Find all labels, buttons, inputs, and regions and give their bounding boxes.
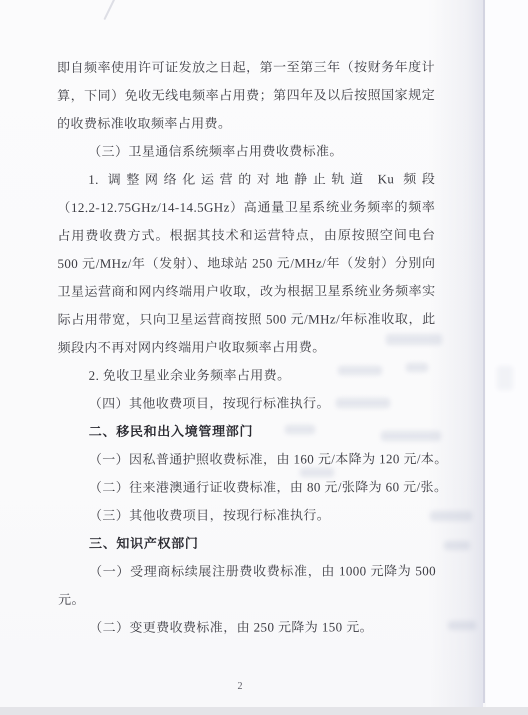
text-line: （二）变更费收费标准，由 250 元降为 150 元。: [58, 613, 436, 642]
scan-right-margin: [486, 0, 528, 707]
scan-scratch-mark: [103, 0, 116, 20]
text-line: 2. 免收卫星业余业务频率占用费。: [58, 361, 436, 390]
text-line: 1. 调整网络化运营的对地静止轨道 Ku 频段: [57, 165, 435, 194]
text-line: 际占用带宽，只向卫星运营商按照 500 元/MHz/年标准收取，此: [58, 305, 436, 334]
text-line: 卫星运营商和网内终端用户收取，改为根据卫星系统业务频率实: [57, 277, 435, 306]
text-line: 即自频率使用许可证发放之日起，第一至第三年（按财务年度计: [57, 53, 435, 82]
section-heading: 二、移民和出入境管理部门: [58, 417, 436, 446]
text-line: （三）卫星通信系统频率占用费收费标准。: [57, 137, 435, 166]
scan-bottom-edge: [0, 707, 528, 715]
text-line: （三）其他收费项目，按现行标准执行。: [58, 501, 436, 530]
ink-bleedthrough: [444, 541, 470, 550]
text-line: 频段内不再对网内终端用户收取频率占用费。: [58, 333, 436, 362]
text-line: 的收费标准收取频率占用费。: [57, 109, 435, 138]
document-body: 即自频率使用许可证发放之日起，第一至第三年（按财务年度计 算，下同）免收无线电频…: [57, 53, 436, 642]
text-line: （12.2-12.75GHz/14-14.5GHz）高通量卫星系统业务频率的频率: [57, 193, 435, 222]
page-fold-line: [483, 0, 485, 703]
ink-bleedthrough: [448, 621, 476, 630]
text-line: （一）受理商标续展注册费收费标准，由 1000 元降为 500: [58, 557, 436, 586]
text-line: （二）往来港澳通行证收费标准，由 80 元/张降为 60 元/张。: [58, 473, 436, 502]
page-number: 2: [0, 681, 480, 692]
text-line: 占用费收费方式。根据其技术和运营特点，由原按照空间电台: [57, 221, 435, 250]
ink-bleedthrough: [430, 511, 472, 521]
text-line: 元。: [58, 585, 436, 614]
ink-bleedthrough: [497, 366, 513, 390]
text-line: 500 元/MHz/年（发射）、地球站 250 元/MHz/年（发射）分别向: [57, 249, 435, 278]
text-line: （一）因私普通护照收费标准，由 160 元/本降为 120 元/本。: [58, 445, 436, 474]
page-fold-shade: [428, 0, 483, 707]
scanned-page: 即自频率使用许可证发放之日起，第一至第三年（按财务年度计 算，下同）免收无线电频…: [0, 0, 528, 715]
section-heading: 三、知识产权部门: [58, 529, 436, 558]
text-line: （四）其他收费项目，按现行标准执行。: [58, 389, 436, 418]
text-line: 算，下同）免收无线电频率占用费；第四年及以后按照国家规定: [57, 81, 435, 110]
